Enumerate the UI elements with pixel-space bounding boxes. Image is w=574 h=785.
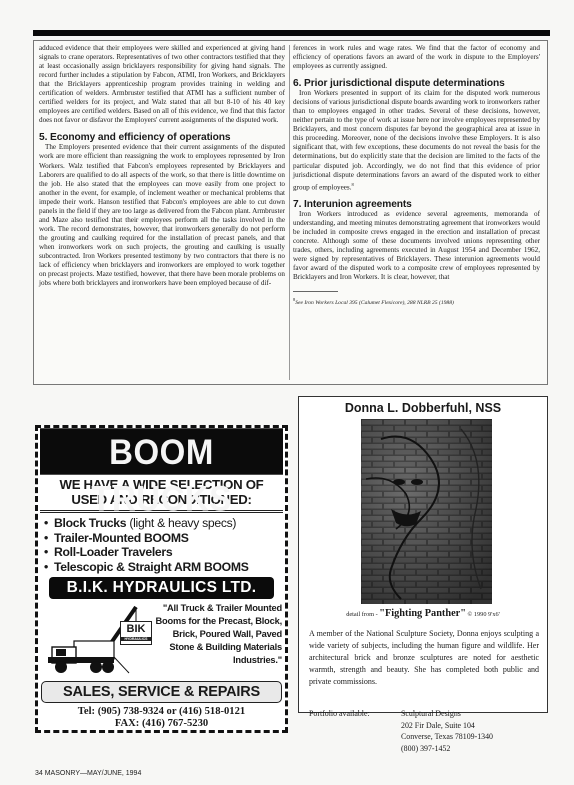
article-paragraph: Iron Workers presented in support of its… <box>293 89 540 192</box>
section-heading-5: 5. Economy and efficiency of operations <box>39 132 285 143</box>
item-name: Trailer-Mounted BOOMS <box>54 531 189 545</box>
ad-title: Donna L. Dobberfuhl, NSS <box>299 401 547 416</box>
portfolio-contact: Portfolio available: Sculptural Designs … <box>309 708 539 754</box>
dobberfuhl-ad: Donna L. Dobberfuhl, NSS <box>298 396 548 713</box>
brick-wall-image <box>361 419 492 604</box>
company-banner: B.I.K. HYDRAULICS LTD. <box>49 577 274 599</box>
bullet-icon: • <box>44 516 54 531</box>
section-heading-6: 6. Prior jurisdictional dispute determin… <box>293 78 540 89</box>
bik-logo: BIKHYDRAULICS <box>120 621 152 645</box>
article-paragraph: ferences in work rules and wage rates. W… <box>293 44 540 71</box>
fax-number: FAX: (416) 767-5230 <box>38 718 285 730</box>
article-paragraph: The Employers presented evidence that th… <box>39 143 285 288</box>
bullet-icon: • <box>44 531 54 546</box>
caption-suffix: © 1990 9'x6' <box>468 611 500 618</box>
logo-subtext: HYDRAULICS <box>121 637 151 641</box>
bullet-icon: • <box>44 545 54 560</box>
article-right-column: ferences in work rules and wage rates. W… <box>293 44 540 307</box>
list-item: •Telescopic & Straight ARM BOOMS <box>44 560 285 575</box>
ad-illustration-area: BIKHYDRAULICS "All Truck & Trailer Mount… <box>38 599 285 681</box>
work-title: "Fighting Panther" <box>379 608 466 619</box>
section-heading-7: 7. Interunion agreements <box>293 199 540 210</box>
list-item: •Roll-Loader Travelers <box>44 545 285 560</box>
article-paragraph: Iron Workers introduced as evidence seve… <box>293 210 540 282</box>
footnote: 8See Iron Workers Local 395 (Calumet Fle… <box>293 296 540 307</box>
top-rule <box>33 30 550 36</box>
phone-line: (800) 397-1452 <box>401 743 493 755</box>
portfolio-label: Portfolio available: <box>309 708 401 754</box>
artist-bio: A member of the National Sculpture Socie… <box>309 628 539 688</box>
address-line: 202 Fir Dale, Suite 104 <box>401 720 493 732</box>
sculpture-photo <box>361 419 492 604</box>
address-line: Sculptural Designs <box>401 708 493 720</box>
column-divider <box>289 45 290 380</box>
ad-headline: BOOM TRUCKS <box>40 428 283 474</box>
item-name: Telescopic & Straight ARM BOOMS <box>54 560 249 574</box>
logo-text: BIK <box>127 623 146 635</box>
boom-trucks-ad: BOOM TRUCKS WE HAVE A WIDE SELECTION OF … <box>35 425 288 733</box>
list-item: •Trailer-Mounted BOOMS <box>44 531 285 546</box>
photo-caption: detail from - "Fighting Panther" © 1990 … <box>299 607 547 621</box>
caption-prefix: detail from - <box>346 611 377 618</box>
bullet-icon: • <box>44 560 54 575</box>
article-box: adduced evidence that their employees we… <box>33 40 548 385</box>
footnote-text: See Iron Workers Local 395 (Calumet Flex… <box>295 300 454 306</box>
article-paragraph: adduced evidence that their employees we… <box>39 44 285 125</box>
ad-quote: "All Truck & Trailer Mounted Booms for t… <box>154 602 282 666</box>
phone-numbers: Tel: (905) 738-9324 or (416) 518-0121 <box>38 706 285 718</box>
portfolio-address: Sculptural Designs 202 Fir Dale, Suite 1… <box>401 708 493 754</box>
footnote-ref[interactable]: 8 <box>352 182 354 187</box>
contact-info: Tel: (905) 738-9324 or (416) 518-0121 FA… <box>38 706 285 729</box>
footnote-rule <box>293 291 338 292</box>
article-left-column: adduced evidence that their employees we… <box>39 44 285 288</box>
address-line: Converse, Texas 78109-1340 <box>401 731 493 743</box>
paragraph-text: Iron Workers presented in support of its… <box>293 89 540 191</box>
page-folio: 34 MASONRY—MAY/JUNE, 1994 <box>35 770 141 777</box>
product-list: •Block Trucks (light & heavy specs) •Tra… <box>44 516 285 574</box>
services-banner: SALES, SERVICE & REPAIRS <box>41 681 282 703</box>
item-name: Roll-Loader Travelers <box>54 545 172 559</box>
